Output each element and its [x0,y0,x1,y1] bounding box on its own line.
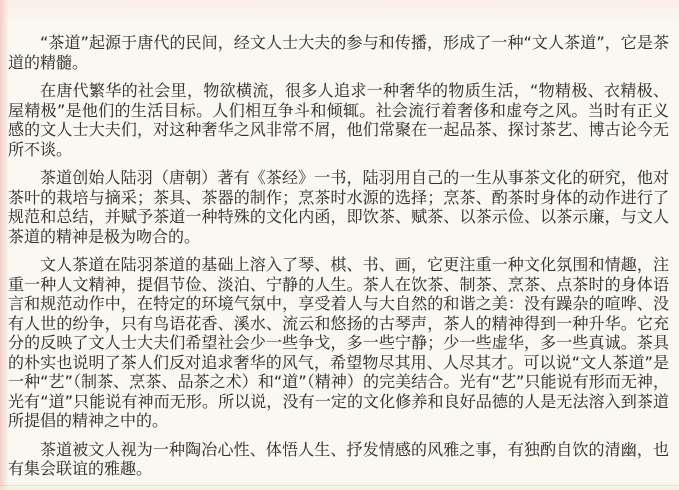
scan-edge-bottom-tint [0,483,679,490]
paragraph-tang-society: 在唐代繁华的社会里，物欲横流，很多人追求一种奢华的物质生活，“物精极、衣精极、屋… [8,81,669,159]
document-page: “茶道”起源于唐代的民间，经文人士大夫的参与和传播，形成了一种“文人茶道”，它是… [0,0,679,490]
paragraph-intro: “茶道”起源于唐代的民间，经文人士大夫的参与和传播，形成了一种“文人茶道”，它是… [8,33,669,72]
article-body: “茶道”起源于唐代的民间，经文人士大夫的参与和传播，形成了一种“文人茶道”，它是… [0,0,679,479]
paragraph-wenren-chadao-spirit: 文人茶道在陆羽茶道的基础上溶入了琴、棋、书、画，它更注重一种文化氛围和情趣，注重… [8,255,669,431]
paragraph-conclusion: 茶道被文人视为一种陶冶心性、体悟人生、抒发情感的风雅之事，有独酌自饮的清幽，也有… [8,440,669,479]
scan-artifact-line [0,485,679,486]
paragraph-luyu-chajing: 茶道创始人陆羽（唐朝）著有《茶经》一书，陆羽用自己的一生从事茶文化的研究，他对茶… [8,168,669,246]
